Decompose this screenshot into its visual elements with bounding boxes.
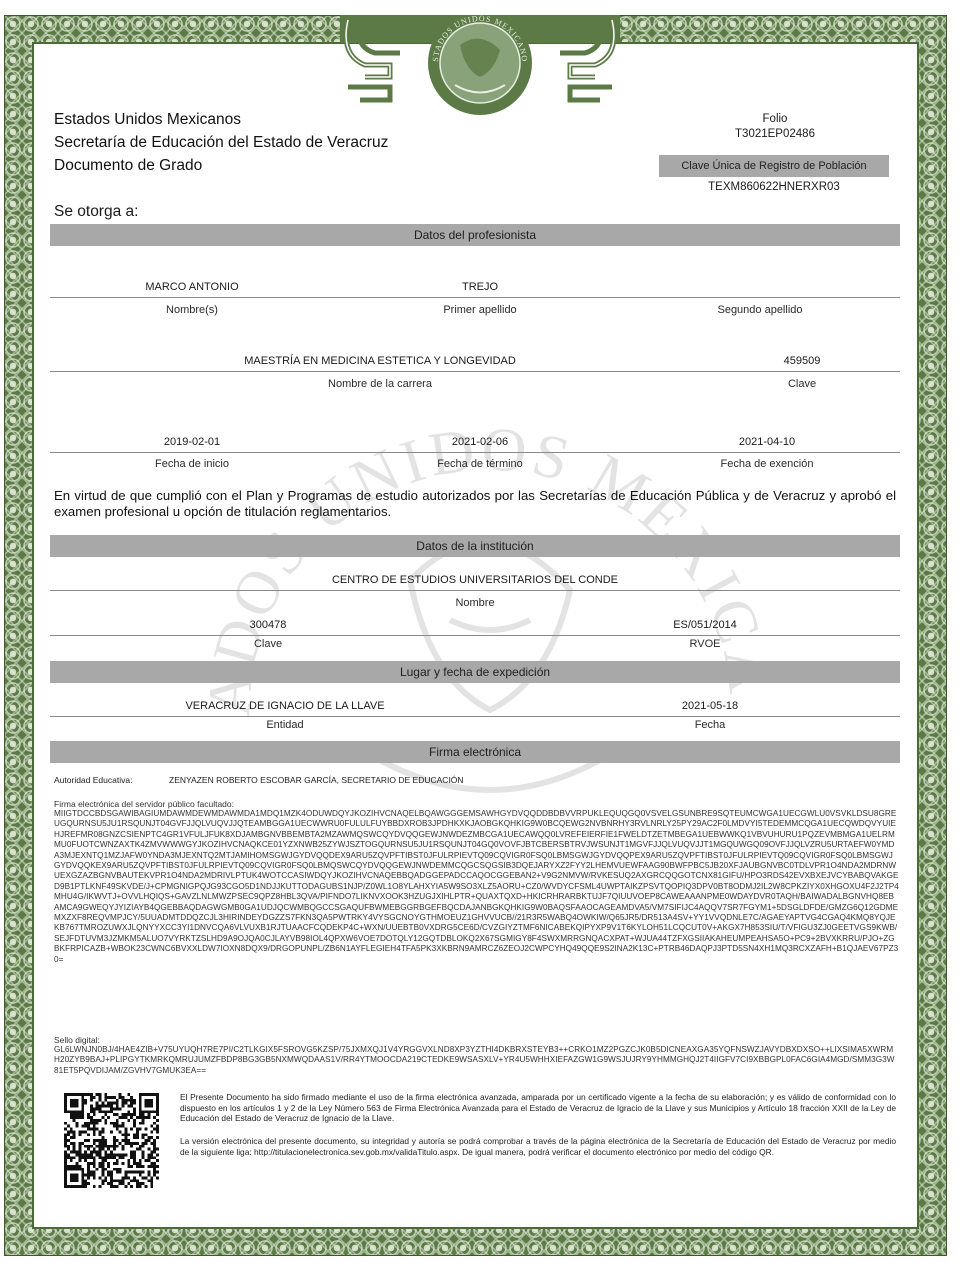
institucion-nombre-label: Nombre [375, 597, 575, 609]
expedicion-fecha-value: 2021-05-18 [660, 700, 760, 712]
fecha-exencion-value: 2021-04-10 [667, 436, 867, 448]
nombre-value: MARCO ANTONIO [92, 281, 292, 293]
qr-code-icon[interactable] [64, 1093, 159, 1188]
firma-servidor-value: MIIGTDCCBDSGAWIBAGIUMDAWMDEWMDAWMDA1MDQ1… [54, 809, 899, 965]
folio-value: T3021EP02486 [700, 128, 850, 140]
expedicion-fecha-label: Fecha [660, 719, 760, 731]
autoridad-educativa: Autoridad Educativa:ZENYAZEN ROBERTO ESC… [54, 775, 464, 785]
fecha-termino-label: Fecha de término [380, 458, 580, 470]
fecha-inicio-label: Fecha de inicio [92, 458, 292, 470]
sello-digital-value: GL6LWNJN0BJ/4HAE4ZIB+V75UYUQH7RE7PI/C2TL… [54, 1045, 899, 1076]
entidad-label: Entidad [235, 719, 335, 731]
document-title: Documento de Grado [54, 157, 202, 175]
primer-apellido-value: TREJO [380, 281, 580, 293]
institucion-nombre-value: CENTRO DE ESTUDIOS UNIVERSITARIOS DEL CO… [225, 574, 725, 586]
divider [50, 590, 900, 591]
rvoe-value: ES/051/2014 [655, 619, 755, 631]
sello-digital-label: Sello digital: [54, 1035, 100, 1045]
section-profesionista: Datos del profesionista [50, 224, 900, 246]
curp-label: Clave Única de Registro de Población [659, 155, 889, 177]
institucion-clave-value: 300478 [218, 619, 318, 631]
fecha-exencion-label: Fecha de exención [667, 458, 867, 470]
segundo-apellido-label: Segundo apellido [660, 304, 860, 316]
legal-notice-verification: La versión electrónica del presente docu… [180, 1136, 896, 1157]
divider [50, 452, 900, 453]
divider [50, 716, 900, 717]
rvoe-label: RVOE [655, 638, 755, 650]
autoridad-value: ZENYAZEN ROBERTO ESCOBAR GARCÍA, SECRETA… [169, 775, 464, 785]
primer-apellido-label: Primer apellido [380, 304, 580, 316]
granted-to-label: Se otorga a: [54, 203, 138, 221]
folio-label: Folio [700, 113, 850, 125]
country-title: Estados Unidos Mexicanos [54, 111, 241, 129]
nombre-label: Nombre(s) [92, 304, 292, 316]
section-expedicion: Lugar y fecha de expedición [50, 661, 900, 683]
divider [50, 371, 900, 372]
section-institucion: Datos de la institución [50, 535, 900, 557]
fecha-inicio-value: 2019-02-01 [92, 436, 292, 448]
carrera-clave-label: Clave [752, 378, 852, 390]
carrera-clave-value: 459509 [752, 355, 852, 367]
section-firma: Firma electrónica [50, 741, 900, 763]
entidad-value: VERACRUZ DE IGNACIO DE LA LLAVE [135, 700, 435, 712]
divider [50, 297, 900, 298]
fecha-termino-value: 2021-02-06 [380, 436, 580, 448]
carrera-value: MAESTRÍA EN MEDICINA ESTETICA Y LONGEVID… [180, 355, 580, 367]
institucion-clave-label: Clave [218, 638, 318, 650]
curp-value: TEXM860622HNERXR03 [659, 181, 889, 193]
divider [50, 635, 900, 636]
firma-servidor-label: Firma electrónica del servidor público f… [54, 799, 234, 809]
legal-notice-signature: El Presente Documento ha sido firmado me… [180, 1092, 896, 1124]
autoridad-label: Autoridad Educativa: [54, 775, 169, 785]
carrera-label: Nombre de la carrera [180, 378, 580, 390]
certification-statement: En virtud de que cumplió con el Plan y P… [54, 488, 896, 520]
secretariat-title: Secretaría de Educación del Estado de Ve… [54, 134, 388, 152]
